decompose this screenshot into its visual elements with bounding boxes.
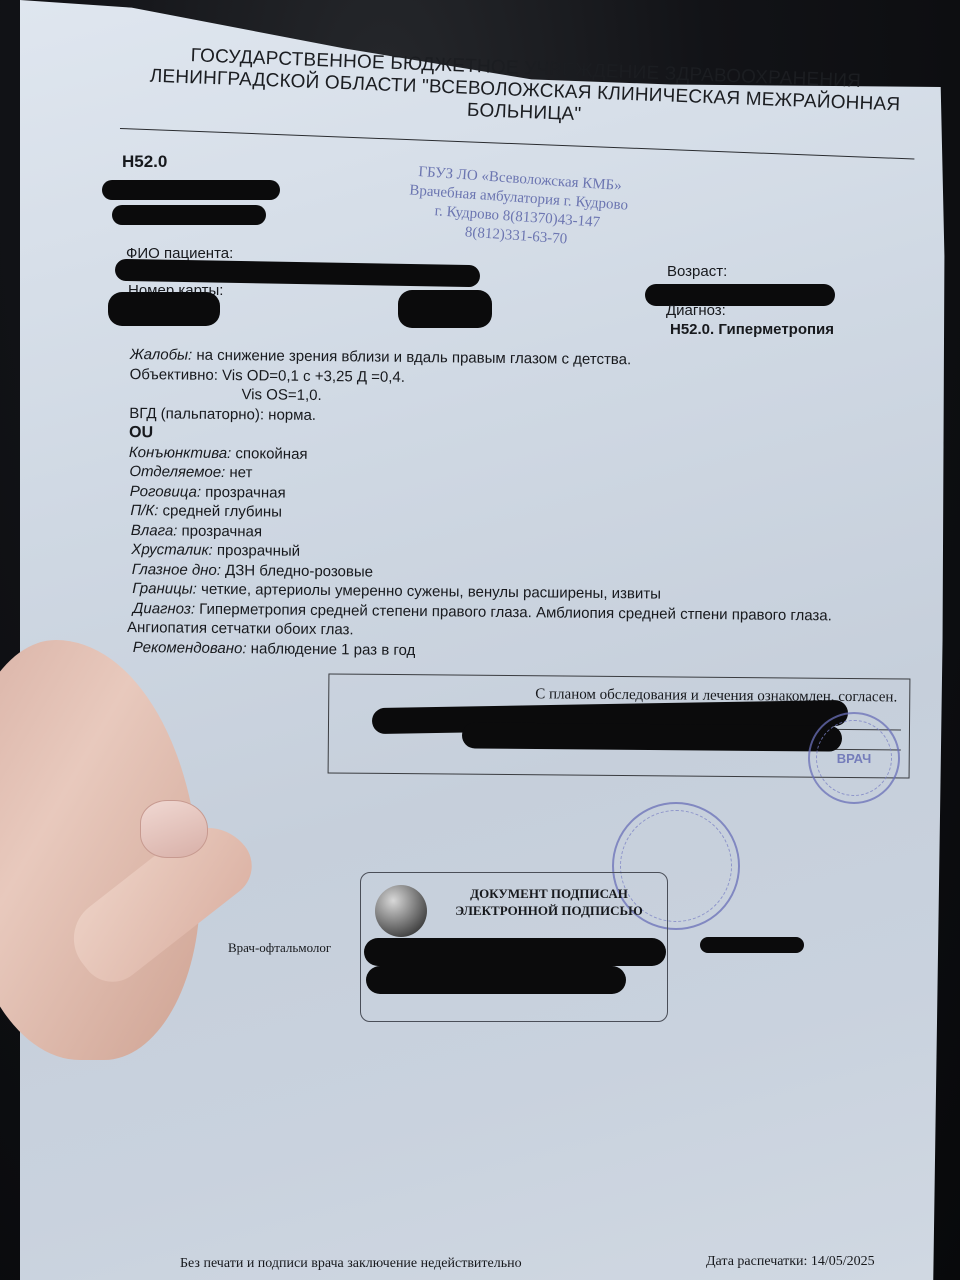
finding-label: Границы:	[132, 580, 197, 598]
finding-label: Влага:	[131, 522, 178, 539]
document: ГОСУДАРСТВЕННОЕ БЮДЖЕТНОЕ УЧРЕЖДЕНИЕ ЗДР…	[0, 0, 960, 1280]
recommendation-label: Рекомендовано:	[133, 639, 247, 657]
doctor-role: Врач-офтальмолог	[228, 940, 331, 956]
esign-line-2: ЭЛЕКТРОННОЙ ПОДПИСЬЮ	[439, 902, 659, 919]
redaction-mark	[108, 292, 220, 326]
redaction-mark	[398, 290, 492, 328]
age-label: Возраст:	[667, 263, 727, 280]
doctor-stamp: ВРАЧ	[808, 712, 900, 804]
objective-label: Объективно:	[130, 365, 218, 383]
finding-value: средней глубины	[158, 502, 282, 520]
findings-list: Конъюнктива: спокойнаяОтделяемое: нетРог…	[127, 442, 833, 625]
recommendation-value: наблюдение 1 раз в год	[246, 640, 415, 659]
redaction-mark	[102, 180, 280, 200]
finding-label: Роговица:	[130, 483, 201, 501]
complaints-label: Жалобы:	[130, 346, 193, 364]
redaction-mark	[366, 966, 626, 994]
complaints-value: на снижение зрения вблизи и вдаль правым…	[192, 347, 631, 369]
finding-value: нет	[225, 464, 252, 481]
redaction-mark	[700, 937, 804, 953]
globe-icon	[375, 885, 427, 937]
redaction-mark	[112, 205, 266, 225]
diagnosis-label: Диагноз:	[666, 302, 726, 319]
finding-value: прозрачная	[201, 483, 286, 501]
clinic-stamp: ГБУЗ ЛО «Всеволожская КМБ» Врачебная амб…	[386, 161, 651, 255]
finding-value: спокойная	[231, 445, 308, 463]
finding-label: Диагноз:	[133, 600, 195, 618]
validity-note: Без печати и подписи врача заключение не…	[180, 1256, 522, 1272]
finding-value: прозрачный	[213, 542, 300, 560]
print-date-label: Дата распечатки:	[706, 1254, 807, 1269]
doctor-stamp-label: ВРАЧ	[837, 751, 871, 766]
examination-block: Жалобы: на снижение зрения вблизи и вдал…	[127, 345, 835, 664]
icd-code: H52.0	[122, 152, 167, 172]
institution-header: ГОСУДАРСТВЕННОЕ БЮДЖЕТНОЕ УЧРЕЖДЕНИЕ ЗДР…	[144, 43, 906, 138]
esign-line-1: ДОКУМЕНТ ПОДПИСАН	[439, 885, 659, 902]
thumbnail	[140, 800, 208, 858]
finding-label: Конъюнктива:	[129, 443, 232, 461]
finding-value: четкие, артериолы умеренно сужены, венул…	[197, 581, 661, 603]
redaction-mark	[462, 722, 842, 751]
print-date: Дата распечатки: 14/05/2025	[706, 1254, 875, 1270]
redaction-mark	[364, 938, 666, 966]
finding-label: Хрусталик:	[131, 541, 213, 559]
finding-label: П/К:	[130, 502, 158, 519]
finding-value: ДЗН бледно-розовые	[221, 561, 373, 580]
finding-value: прозрачная	[177, 522, 262, 540]
print-date-value: 14/05/2025	[811, 1254, 875, 1269]
visus-od: Vis OD=0,1 с +3,25 Д =0,4.	[218, 366, 405, 385]
esign-title: ДОКУМЕНТ ПОДПИСАН ЭЛЕКТРОННОЙ ПОДПИСЬЮ	[439, 885, 659, 919]
diagnosis-value: H52.0. Гиперметропия	[670, 321, 834, 338]
finding-label: Отделяемое:	[129, 463, 225, 481]
finding-label: Глазное дно:	[132, 561, 221, 579]
